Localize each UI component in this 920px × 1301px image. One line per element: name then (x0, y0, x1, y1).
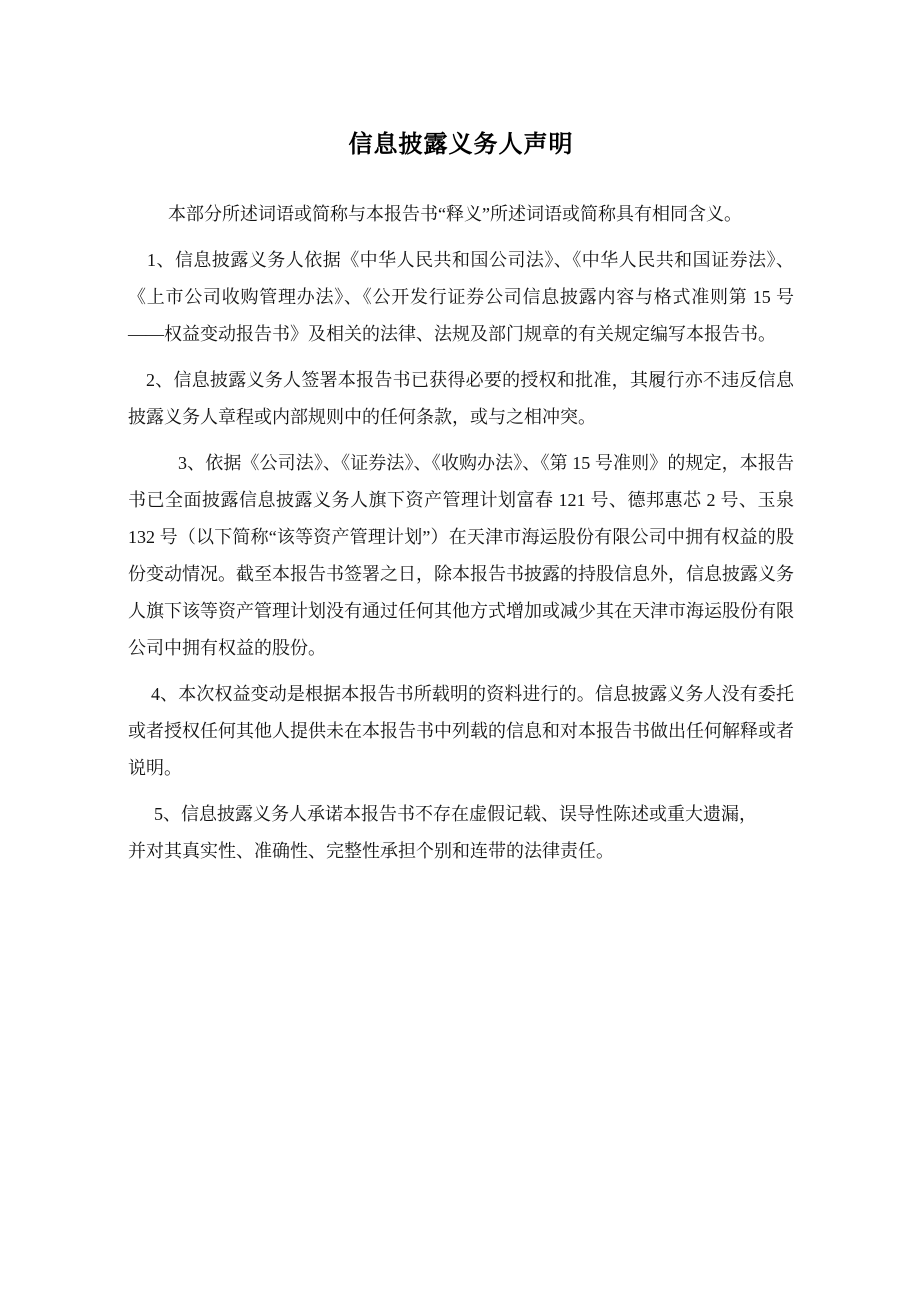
paragraph-3: 3、依据《公司法》、《证券法》、《收购办法》、《第 15 号准则》的规定，本报告… (128, 445, 794, 667)
paragraph-4: 4、本次权益变动是根据本报告书所载明的资料进行的。信息披露义务人没有委托或者授权… (128, 676, 794, 787)
page-title: 信息披露义务人声明 (128, 129, 794, 160)
paragraph-2: 2、信息披露义务人签署本报告书已获得必要的授权和批准，其履行亦不违反信息披露义务… (128, 362, 794, 436)
document-content: 信息披露义务人声明 本部分所述词语或简称与本报告书“释义”所述词语或简称具有相同… (0, 0, 920, 870)
paragraph-5-continuation: 并对其真实性、准确性、完整性承担个别和连带的法律责任。 (128, 833, 794, 870)
paragraph-intro: 本部分所述词语或简称与本报告书“释义”所述词语或简称具有相同含义。 (128, 196, 794, 233)
paragraph-1: 1、信息披露义务人依据《中华人民共和国公司法》、《中华人民共和国证券法》、《上市… (128, 242, 794, 353)
paragraph-5: 5、信息披露义务人承诺本报告书不存在虚假记载、误导性陈述或重大遗漏， (128, 796, 794, 833)
document-page: 信息披露义务人声明 本部分所述词语或简称与本报告书“释义”所述词语或简称具有相同… (0, 0, 920, 1301)
